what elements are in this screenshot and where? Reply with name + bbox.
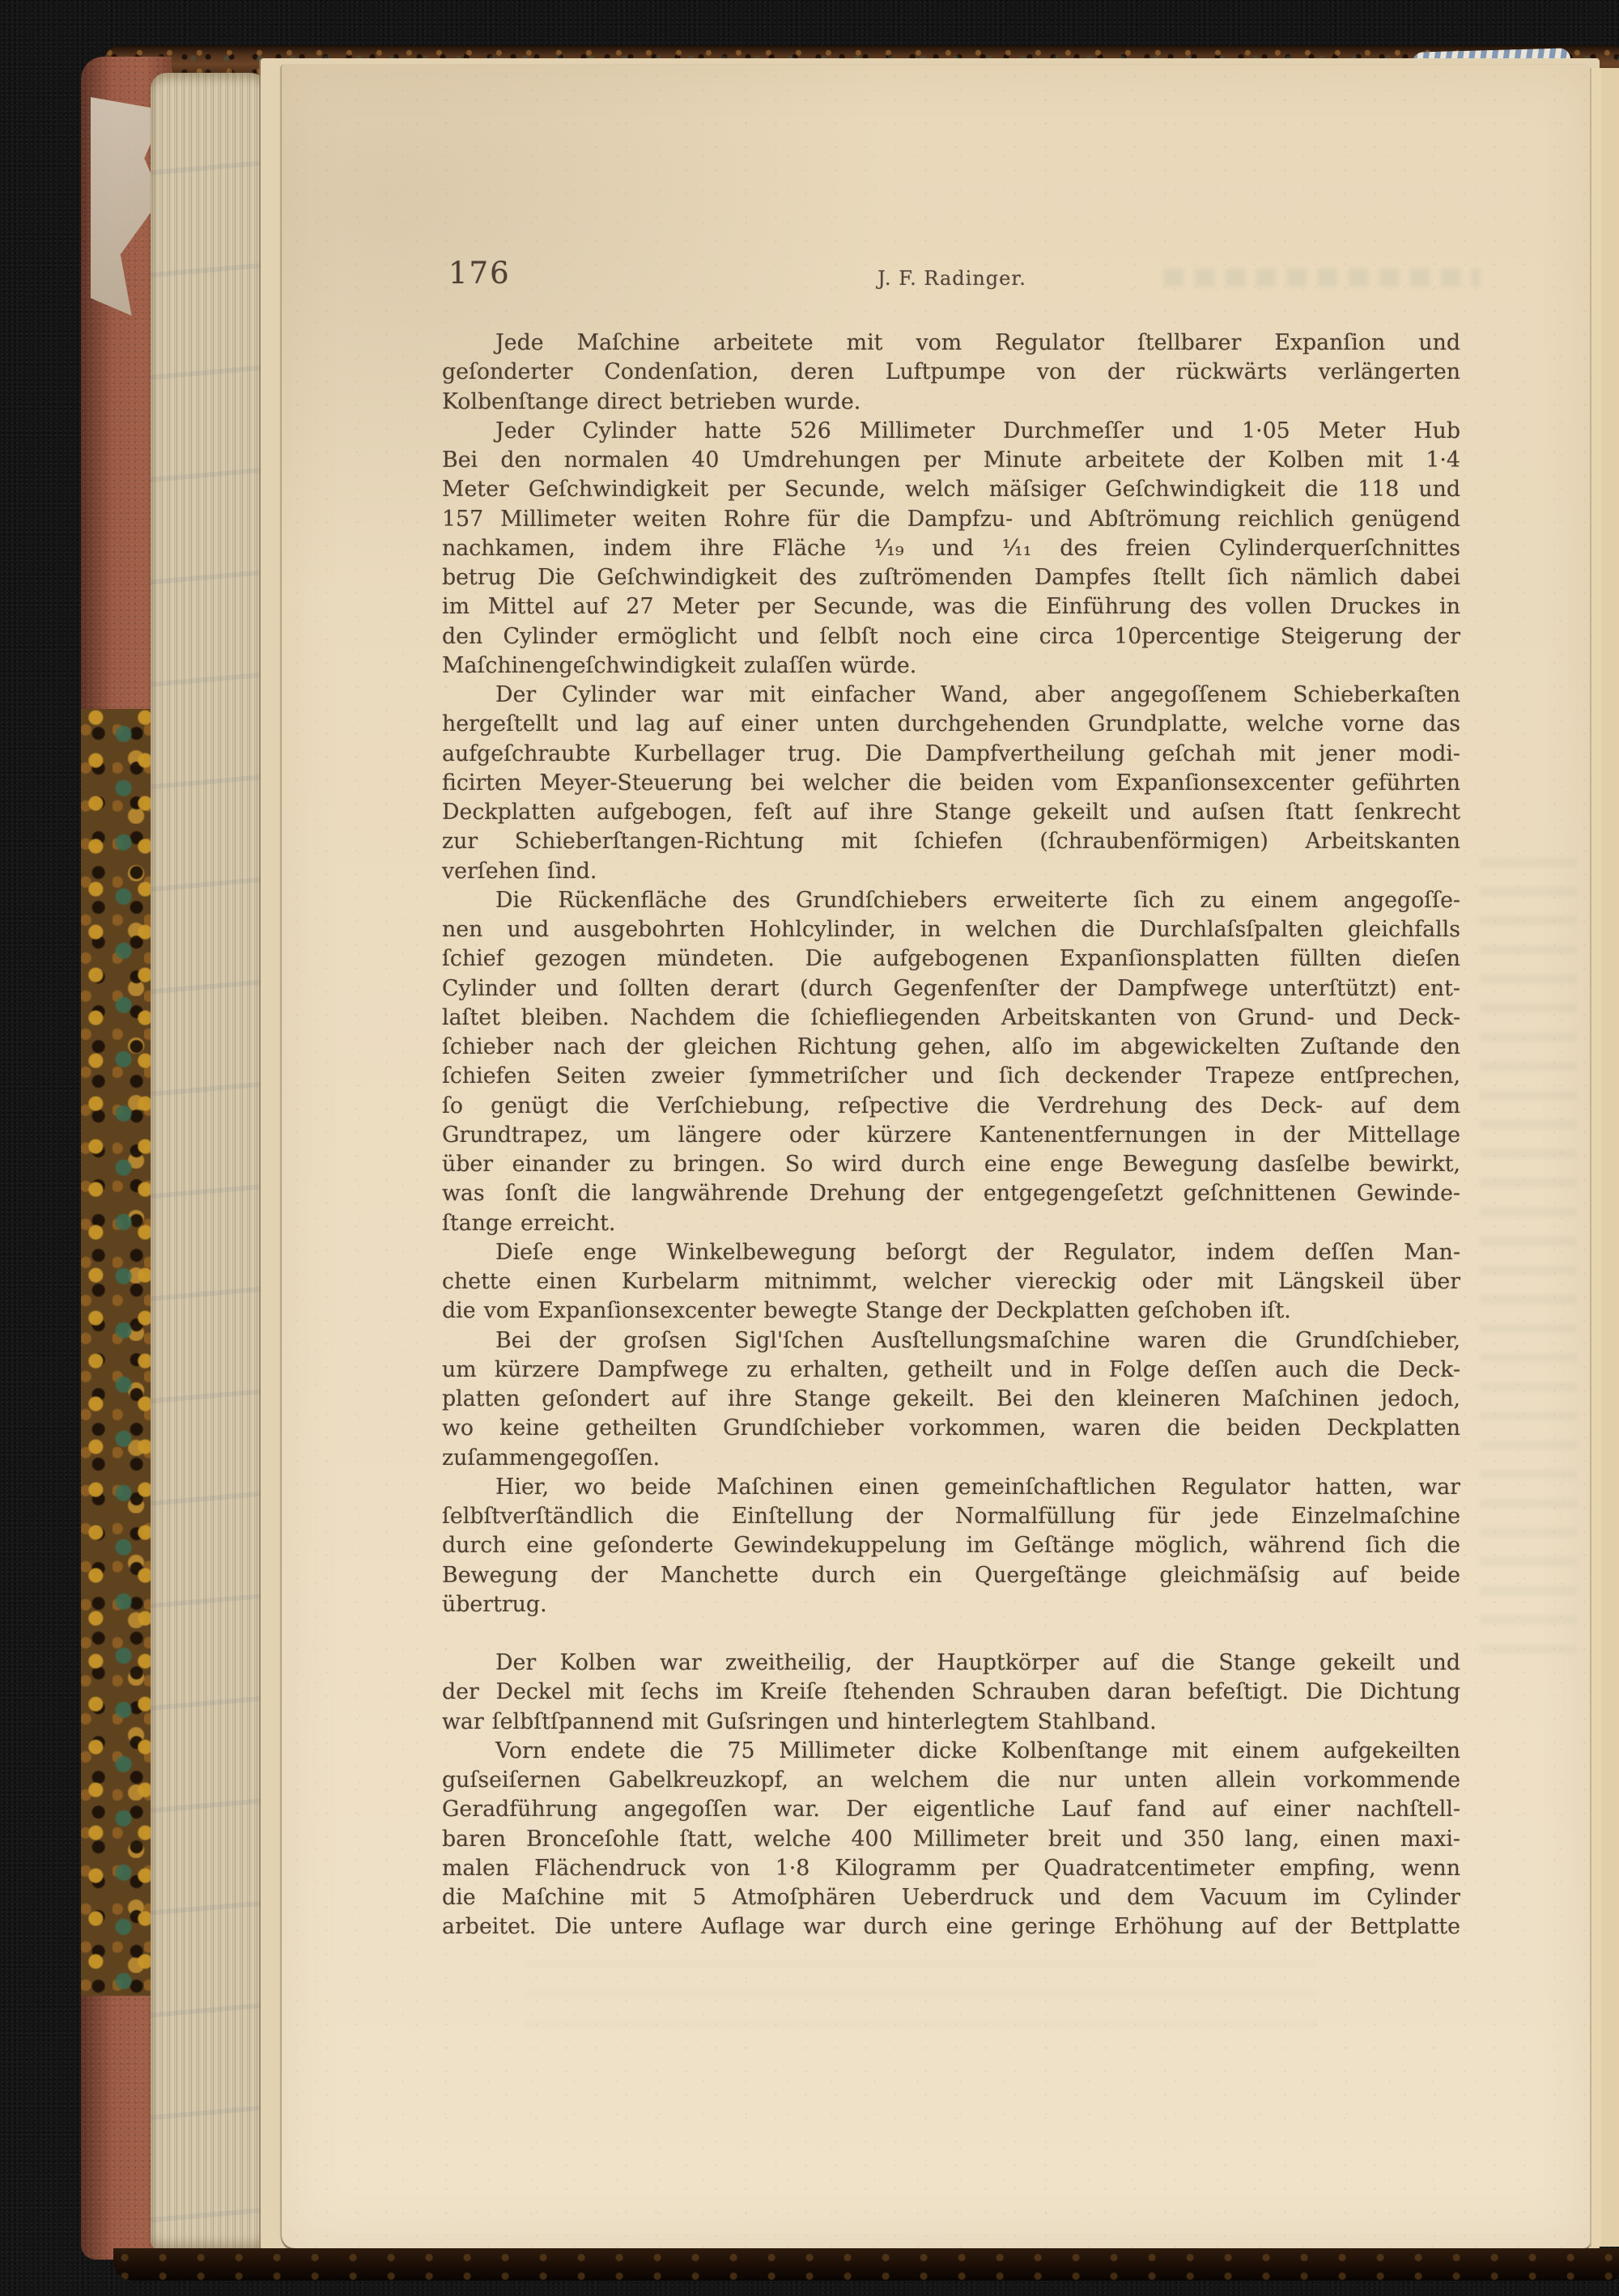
body-text: Jede Maſchine arbeitete mit vom Regulato… — [442, 329, 1460, 1942]
paragraph: Jede Maſchine arbeitete mit vom Regulato… — [442, 329, 1460, 417]
text-line: durch eine geſonderte Gewindekuppelung i… — [442, 1531, 1460, 1560]
text-line: war ſelbſtſpannend mit Guſsringen und hi… — [442, 1708, 1460, 1737]
text-line: übertrug. — [442, 1590, 1460, 1619]
text-line: 157 Millimeter weiten Rohre für die Damp… — [442, 505, 1460, 534]
text-line: hergeſtellt und lag auf einer unten durc… — [442, 710, 1460, 739]
paragraph: Dieſe enge Winkelbewegung beſorgt der Re… — [442, 1238, 1460, 1326]
text-line: Meter Geſchwindigkeit per Secunde, welch… — [442, 475, 1460, 504]
text-line: Kolbenſtange direct betrieben wurde. — [442, 388, 1460, 417]
paragraph: Vorn endete die 75 Millimeter dicke Kolb… — [442, 1737, 1460, 1942]
text-line: geſonderter Condenſation, deren Luftpump… — [442, 358, 1460, 387]
text-line: malen Flächendruck von 1·8 Kilogramm per… — [442, 1854, 1460, 1883]
text-line: über einander zu bringen. So wird durch … — [442, 1150, 1460, 1179]
book-bottom-edge — [113, 2248, 1619, 2281]
text-line: Cylinder und ſollten derart (durch Gegen… — [442, 974, 1460, 1004]
paragraph: Bei der groſsen Sigl'ſchen Ausſtellungsm… — [442, 1326, 1460, 1473]
text-line: betrug Die Geſchwindigkeit des zuſtrömen… — [442, 563, 1460, 592]
text-line: ſo genügt die Verſchiebung, reſpective d… — [442, 1092, 1460, 1121]
next-page-sliver — [1590, 68, 1619, 2247]
text-line: Der Kolben war zweitheilig, der Hauptkör… — [442, 1649, 1460, 1678]
text-line: Maſchinengeſchwindigkeit zulaſſen würde. — [442, 651, 1460, 681]
text-line: ſchief gezogen mündeten. Die aufgebogene… — [442, 944, 1460, 974]
show-through-ghost — [1480, 858, 1577, 1667]
paragraph: Jeder Cylinder hatte 526 Millimeter Durc… — [442, 417, 1460, 681]
text-line: ſchieber nach der gleichen Richtung gehe… — [442, 1033, 1460, 1062]
text-line: Dieſe enge Winkelbewegung beſorgt der Re… — [442, 1238, 1460, 1267]
page-stack-edges — [151, 73, 274, 2251]
text-line: Geradführung angegoſſen war. Der eigentl… — [442, 1795, 1460, 1824]
text-line: wo keine getheilten Grundſchieber vorkom… — [442, 1414, 1460, 1443]
text-line: baren Bronceſohle ſtatt, welche 400 Mill… — [442, 1825, 1460, 1854]
text-line: um kürzere Dampfwege zu erhalten, gethei… — [442, 1356, 1460, 1385]
text-line: den Cylinder ermöglicht und ſelbſt noch … — [442, 622, 1460, 651]
text-line: im Mittel auf 27 Meter per Secunde, was … — [442, 592, 1460, 622]
text-line: Bei der groſsen Sigl'ſchen Ausſtellungsm… — [442, 1326, 1460, 1356]
text-line: arbeitet. Die untere Auflage war durch e… — [442, 1912, 1460, 1942]
running-header: J. F. Radinger. — [444, 267, 1460, 290]
scene: { "page": { "number": "176", "running_he… — [0, 0, 1619, 2296]
text-line: chette einen Kurbelarm mitnimmt, welcher… — [442, 1267, 1460, 1297]
text-line: Der Cylinder war mit einfacher Wand, abe… — [442, 681, 1460, 710]
text-line: Hier, wo beide Maſchinen einen gemeinſch… — [442, 1473, 1460, 1502]
text-line: ficirten Meyer-Steuerung bei welcher die… — [442, 769, 1460, 798]
text-line: Jeder Cylinder hatte 526 Millimeter Durc… — [442, 417, 1460, 446]
text-line: die vom Expanſionsexcenter bewegte Stang… — [442, 1297, 1460, 1326]
text-line: die Maſchine mit 5 Atmoſphären Ueberdruc… — [442, 1883, 1460, 1912]
book-page: 176 J. F. Radinger. Jede Maſchine arbeit… — [282, 65, 1590, 2248]
text-line: Vorn endete die 75 Millimeter dicke Kolb… — [442, 1737, 1460, 1766]
text-line: Jede Maſchine arbeitete mit vom Regulato… — [442, 329, 1460, 358]
text-line: laſtet bleiben. Nachdem die ſchiefliegen… — [442, 1004, 1460, 1033]
text-line: nen und ausgebohrten Hohlcylinder, in we… — [442, 915, 1460, 944]
text-line: Bei den normalen 40 Umdrehungen per Minu… — [442, 446, 1460, 475]
text-line: zur Schieberſtangen-Richtung mit ſchiefe… — [442, 827, 1460, 856]
text-line: verſehen ſind. — [442, 857, 1460, 886]
text-line: zuſammengegoſſen. — [442, 1444, 1460, 1473]
text-line: platten geſondert auf ihre Stange gekeil… — [442, 1385, 1460, 1414]
text-line: Bewegung der Manchette durch ein Quergeſ… — [442, 1561, 1460, 1590]
text-line: aufgeſchraubte Kurbellager trug. Die Dam… — [442, 740, 1460, 769]
text-line: was ſonſt die langwährende Drehung der e… — [442, 1179, 1460, 1208]
text-line: ſtange erreicht. — [442, 1209, 1460, 1238]
text-line: Deckplatten aufgebogen, feſt auf ihre St… — [442, 798, 1460, 827]
text-line: der Deckel mit ſechs im Kreiſe ſtehenden… — [442, 1678, 1460, 1707]
text-line: ſchiefen Seiten zweier ſymmetriſcher und… — [442, 1062, 1460, 1091]
text-line: Die Rückenfläche des Grundſchiebers erwe… — [442, 886, 1460, 915]
text-line: nachkamen, indem ihre Fläche ¹⁄₁₉ und ¹⁄… — [442, 534, 1460, 563]
paragraph: Die Rückenfläche des Grundſchiebers erwe… — [442, 886, 1460, 1238]
paragraph: Hier, wo beide Maſchinen einen gemeinſch… — [442, 1473, 1460, 1619]
text-line: Grundtrapez, um längere oder kürzere Kan… — [442, 1121, 1460, 1150]
text-line: ſelbſtverſtändlich die Einſtellung der N… — [442, 1502, 1460, 1531]
paragraph: Der Cylinder war mit einfacher Wand, abe… — [442, 681, 1460, 886]
paragraph: Der Kolben war zweitheilig, der Hauptkör… — [442, 1649, 1460, 1737]
text-line: guſseiſernen Gabelkreuzkopf, an welchem … — [442, 1766, 1460, 1795]
